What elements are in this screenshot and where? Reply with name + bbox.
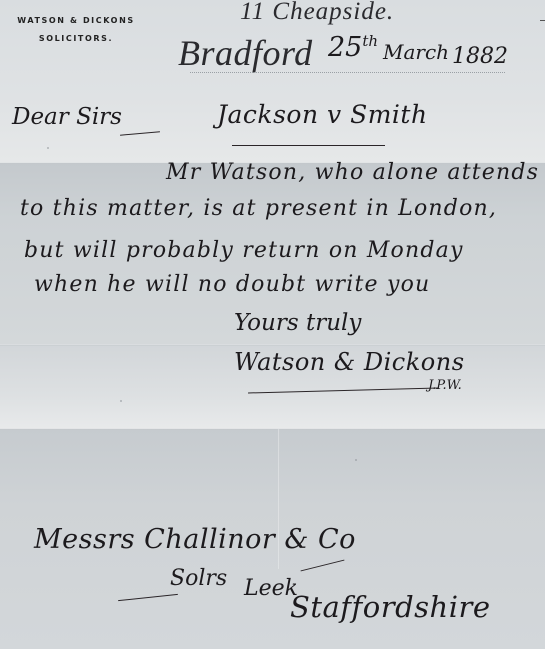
signature: Watson & Dickons [234, 348, 465, 376]
paper-speck [47, 147, 49, 149]
paper-speck [120, 400, 122, 402]
subject-line: Jackson v Smith [217, 100, 428, 129]
paper-speck [355, 459, 357, 461]
date-month: March [383, 40, 449, 64]
body-line: but will probably return on Monday [24, 238, 464, 263]
fold-line-2 [0, 344, 545, 346]
date-year: 1882 [452, 44, 508, 69]
body-line: when he will no doubt write you [34, 272, 430, 297]
date-day-suffix: th [362, 32, 378, 50]
salutation: Dear Sirs [12, 104, 122, 130]
date-day-number: 25 [328, 32, 362, 63]
letterhead: WATSON & DICKONS SOLICITORS. [6, 12, 146, 48]
date-dotted-rule [190, 72, 505, 73]
recipient-county: Staffordshire [290, 590, 491, 624]
letter-page: WATSON & DICKONS SOLICITORS. 11 Cheapsid… [0, 0, 545, 649]
letterhead-profession: SOLICITORS. [6, 30, 146, 48]
date-day: 25th [328, 32, 378, 63]
place-name: Bradford [178, 32, 313, 74]
body-line: Mr Watson, who alone attends [166, 160, 539, 185]
edge-mark [540, 20, 545, 21]
recipient-name: Messrs Challinor & Co [34, 524, 356, 555]
recipient-title: Solrs [170, 566, 227, 591]
letterhead-firm: WATSON & DICKONS [6, 12, 146, 30]
signature-initials: J.P.W. [428, 378, 462, 393]
street-address: 11 Cheapside. [240, 0, 394, 26]
subject-underline [232, 145, 385, 146]
fold-line-3 [0, 428, 545, 430]
body-line: to this matter, is at present in London, [20, 196, 497, 221]
closing: Yours truly [234, 310, 361, 336]
